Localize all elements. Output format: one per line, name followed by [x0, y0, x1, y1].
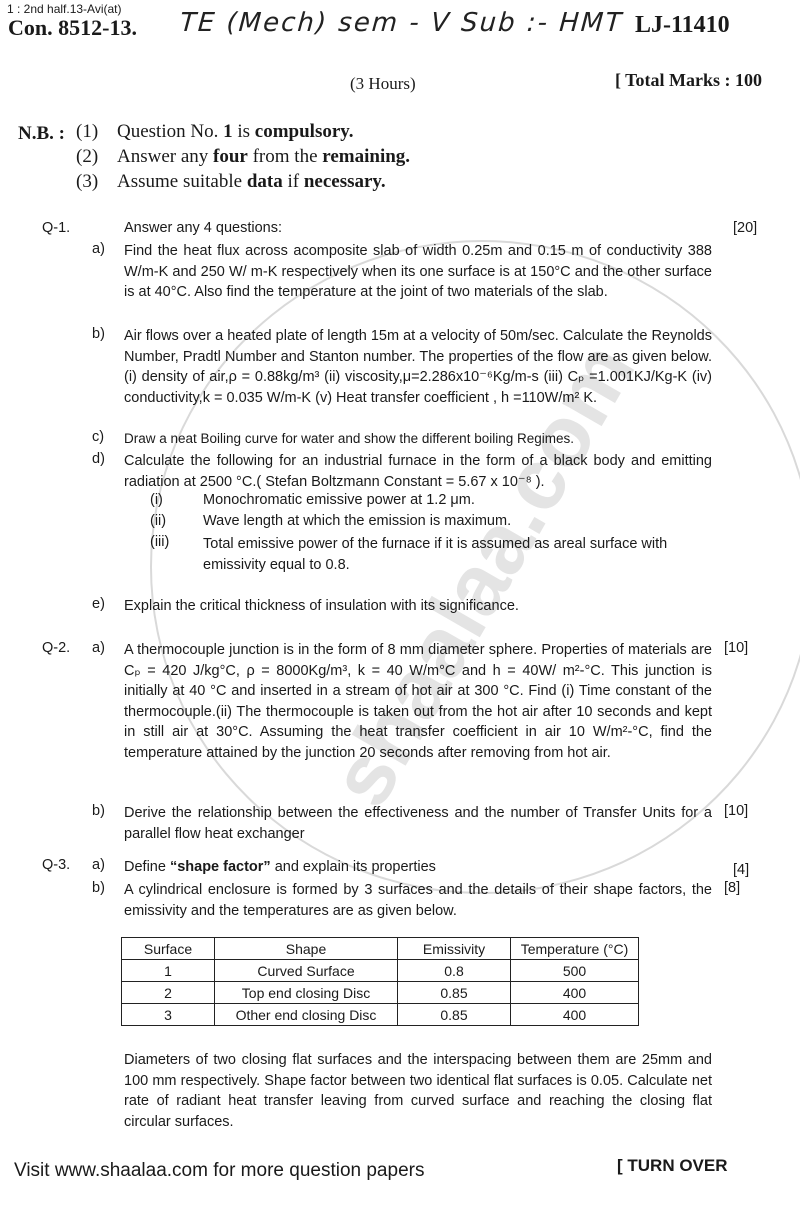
- table-cell: 3: [122, 1004, 215, 1026]
- table-cell: 0.85: [398, 1004, 511, 1026]
- exam-duration: (3 Hours): [350, 74, 416, 94]
- q1a-label: a): [92, 241, 105, 257]
- table-cell: 500: [511, 960, 639, 982]
- q1e-label: e): [92, 596, 105, 612]
- table-row: 2 Top end closing Disc 0.85 400: [122, 982, 639, 1004]
- q1b-text: Air flows over a heated plate of length …: [124, 326, 712, 408]
- table-header: Surface: [122, 938, 215, 960]
- q1c-text: Draw a neat Boiling curve for water and …: [124, 429, 712, 450]
- instruction-item: (2) Answer any four from the remaining.: [0, 146, 600, 170]
- instruction-text: Assume suitable data if necessary.: [117, 171, 386, 193]
- footer-visit-link[interactable]: Visit www.shaalaa.com for more question …: [14, 1160, 424, 1182]
- table-cell: Curved Surface: [215, 960, 398, 982]
- q2a-text: A thermocouple junction is in the form o…: [124, 640, 712, 763]
- instruction-item: (1) Question No. 1 is compulsory.: [0, 121, 600, 145]
- q1d-part-text: Wave length at which the emission is max…: [203, 513, 511, 529]
- table-cell: Top end closing Disc: [215, 982, 398, 1004]
- table-cell: 400: [511, 982, 639, 1004]
- q3a-text: Define “shape factor” and explain its pr…: [124, 857, 712, 878]
- table-header: Emissivity: [398, 938, 511, 960]
- question-3-label: Q-3.: [42, 857, 70, 873]
- table-cell: 1: [122, 960, 215, 982]
- instruction-text: Question No. 1 is compulsory.: [117, 121, 353, 143]
- table-cell: Other end closing Disc: [215, 1004, 398, 1026]
- q3a-label: a): [92, 857, 105, 873]
- q1a-text: Find the heat flux across acomposite sla…: [124, 241, 712, 303]
- total-marks: [ Total Marks : 100: [615, 70, 762, 91]
- q2a-marks: [10]: [724, 640, 748, 656]
- q3b-after-text: Diameters of two closing flat surfaces a…: [124, 1050, 712, 1132]
- paper-code-small: 1 : 2nd half.13-Avi(at): [7, 2, 122, 16]
- surface-properties-table: Surface Shape Emissivity Temperature (°C…: [121, 937, 639, 1026]
- table-row: 1 Curved Surface 0.8 500: [122, 960, 639, 982]
- q1c-label: c): [92, 429, 104, 445]
- q3a-marks: [4]: [733, 862, 749, 878]
- q2b-label: b): [92, 803, 105, 819]
- instruction-item: (3) Assume suitable data if necessary.: [0, 171, 600, 195]
- table-header-row: Surface Shape Emissivity Temperature (°C…: [122, 938, 639, 960]
- q3b-text: A cylindrical enclosure is formed by 3 s…: [124, 880, 712, 921]
- question-1-intro: Answer any 4 questions:: [124, 220, 282, 236]
- question-2-label: Q-2.: [42, 640, 70, 656]
- paper-code: LJ-11410: [635, 12, 730, 39]
- q2a-label: a): [92, 640, 105, 656]
- handwritten-course-note: TE (Mech) sem - V Sub :- HMT: [179, 8, 624, 38]
- table-cell: 0.85: [398, 982, 511, 1004]
- q1d-part-number: (i): [150, 492, 163, 508]
- instruction-number: (2): [76, 146, 98, 168]
- q1d-part-number: (ii): [150, 513, 166, 529]
- q2b-marks: [10]: [724, 803, 748, 819]
- instruction-text: Answer any four from the remaining.: [117, 146, 410, 168]
- q1d-part-number: (iii): [150, 534, 169, 550]
- instruction-number: (3): [76, 171, 98, 193]
- q1b-label: b): [92, 326, 105, 342]
- table-cell: 0.8: [398, 960, 511, 982]
- q2b-text: Derive the relationship between the effe…: [124, 803, 712, 844]
- q1d-text: Calculate the following for an industria…: [124, 451, 712, 492]
- q1d-part-text: Monochromatic emissive power at 1.2 μm.: [203, 492, 475, 508]
- q1d-label: d): [92, 451, 105, 467]
- q3b-marks: [8]: [724, 880, 740, 896]
- question-1-marks: [20]: [733, 220, 757, 236]
- table-header: Temperature (°C): [511, 938, 639, 960]
- table-cell: 2: [122, 982, 215, 1004]
- table-header: Shape: [215, 938, 398, 960]
- con-number: Con. 8512-13.: [8, 15, 137, 41]
- instruction-number: (1): [76, 121, 98, 143]
- table-row: 3 Other end closing Disc 0.85 400: [122, 1004, 639, 1026]
- question-1-label: Q-1.: [42, 220, 70, 236]
- q3b-label: b): [92, 880, 105, 896]
- q1d-part-text: Total emissive power of the furnace if i…: [203, 534, 713, 575]
- q1e-text: Explain the critical thickness of insula…: [124, 596, 712, 617]
- table-cell: 400: [511, 1004, 639, 1026]
- turn-over-label: [ TURN OVER: [617, 1156, 728, 1176]
